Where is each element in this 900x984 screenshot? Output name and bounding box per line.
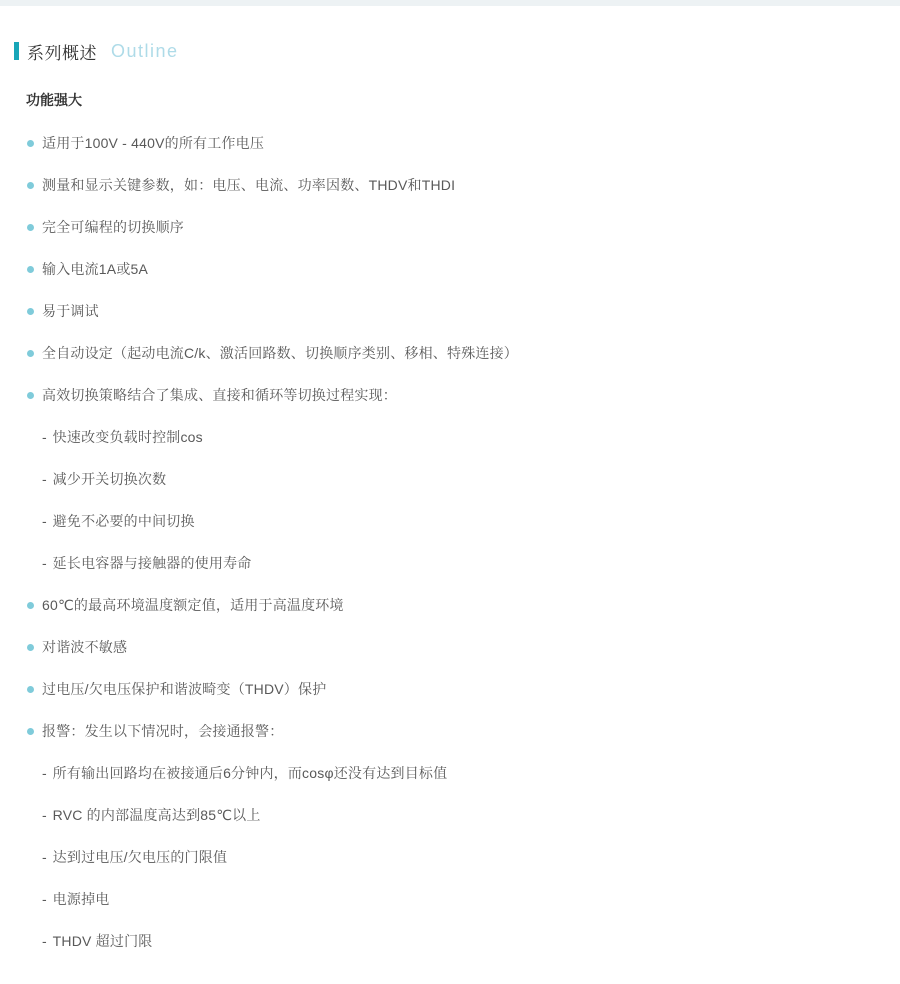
list-item-text: 60℃的最高环境温度额定值，适用于高温度环境	[42, 595, 344, 615]
list-item-text: 高效切换策略结合了集成、直接和循环等切换过程实现：	[42, 385, 397, 405]
list-item-text: 适用于100V - 440V的所有工作电压	[42, 133, 264, 153]
dash-marker: -	[42, 765, 47, 781]
list-item-bullet: - 过电压/欠电压保护和谐波畸变（THDV）保护	[0, 668, 900, 710]
bullet-dot-icon	[27, 728, 34, 735]
list-item-dash: - 延长电容器与接触器的使用寿命	[0, 542, 900, 584]
list-item-text: RVC 的内部温度高达到85℃以上	[53, 805, 261, 825]
list-item-dash: - 避免不必要的中间切换	[0, 500, 900, 542]
list-item-bullet: - 适用于100V - 440V的所有工作电压	[0, 122, 900, 164]
list-item-dash: - 电源掉电	[0, 878, 900, 920]
bullet-dot-icon	[27, 266, 34, 273]
list-item-bullet: - 60℃的最高环境温度额定值，适用于高温度环境	[0, 584, 900, 626]
list-item-text: 电源掉电	[53, 889, 110, 909]
top-divider-strip	[0, 0, 900, 6]
bullet-dot-icon	[27, 602, 34, 609]
dash-marker: -	[42, 891, 47, 907]
bullet-dot-icon	[27, 182, 34, 189]
list-item-dash: - 达到过电压/欠电压的门限值	[0, 836, 900, 878]
dash-marker: -	[42, 555, 47, 571]
list-item-bullet: - 全自动设定（起动电流C/k、激活回路数、切换顺序类别、移相、特殊连接）	[0, 332, 900, 374]
list-item-text: 减少开关切换次数	[53, 469, 167, 489]
list-item-bullet: - 输入电流1A或5A	[0, 248, 900, 290]
dash-marker: -	[42, 849, 47, 865]
dash-marker: -	[42, 513, 47, 529]
list-item-text: 测量和显示关键参数，如：电压、电流、功率因数、THDV和THDI	[42, 175, 455, 195]
list-item-text: 易于调试	[42, 301, 99, 321]
bullet-dot-icon	[27, 350, 34, 357]
accent-bar-icon	[14, 42, 19, 60]
bullet-dot-icon	[27, 224, 34, 231]
list-item-text: 避免不必要的中间切换	[53, 511, 195, 531]
list-item-text: 完全可编程的切换顺序	[42, 217, 184, 237]
feature-list: - 适用于100V - 440V的所有工作电压 - 测量和显示关键参数，如：电压…	[0, 122, 900, 962]
list-item-bullet: - 高效切换策略结合了集成、直接和循环等切换过程实现：	[0, 374, 900, 416]
list-item-dash: - RVC 的内部温度高达到85℃以上	[0, 794, 900, 836]
list-item-dash: - 所有输出回路均在被接通后6分钟内，而cosφ还没有达到目标值	[0, 752, 900, 794]
list-item-bullet: - 测量和显示关键参数，如：电压、电流、功率因数、THDV和THDI	[0, 164, 900, 206]
page-title-zh: 系列概述	[27, 39, 97, 64]
list-item-text: 报警：发生以下情况时，会接通报警：	[42, 721, 283, 741]
list-item-text: 全自动设定（起动电流C/k、激活回路数、切换顺序类别、移相、特殊连接）	[42, 343, 518, 363]
bullet-dot-icon	[27, 644, 34, 651]
list-item-text: 过电压/欠电压保护和谐波畸变（THDV）保护	[42, 679, 326, 699]
list-item-text: THDV 超过门限	[53, 931, 153, 951]
bullet-dot-icon	[27, 392, 34, 399]
bullet-dot-icon	[27, 140, 34, 147]
dash-marker: -	[42, 807, 47, 823]
list-item-text: 达到过电压/欠电压的门限值	[53, 847, 228, 867]
list-item-bullet: - 易于调试	[0, 290, 900, 332]
bullet-dot-icon	[27, 308, 34, 315]
dash-marker: -	[42, 471, 47, 487]
dash-marker: -	[42, 933, 47, 949]
list-item-text: 延长电容器与接触器的使用寿命	[53, 553, 252, 573]
list-item-bullet: - 对谐波不敏感	[0, 626, 900, 668]
bullet-dot-icon	[27, 686, 34, 693]
list-item-dash: - 快速改变负载时控制cos	[0, 416, 900, 458]
section-subtitle: 功能强大	[26, 90, 900, 110]
section-header: 系列概述 Outline	[14, 40, 900, 62]
list-item-text: 快速改变负载时控制cos	[53, 427, 203, 447]
list-item-dash: - 减少开关切换次数	[0, 458, 900, 500]
list-item-text: 输入电流1A或5A	[42, 259, 148, 279]
list-item-text: 对谐波不敏感	[42, 637, 127, 657]
list-item-dash: - THDV 超过门限	[0, 920, 900, 962]
list-item-text: 所有输出回路均在被接通后6分钟内，而cosφ还没有达到目标值	[53, 763, 448, 783]
dash-marker: -	[42, 429, 47, 445]
list-item-bullet: - 报警：发生以下情况时，会接通报警：	[0, 710, 900, 752]
page-title-en: Outline	[111, 41, 179, 62]
list-item-bullet: - 完全可编程的切换顺序	[0, 206, 900, 248]
